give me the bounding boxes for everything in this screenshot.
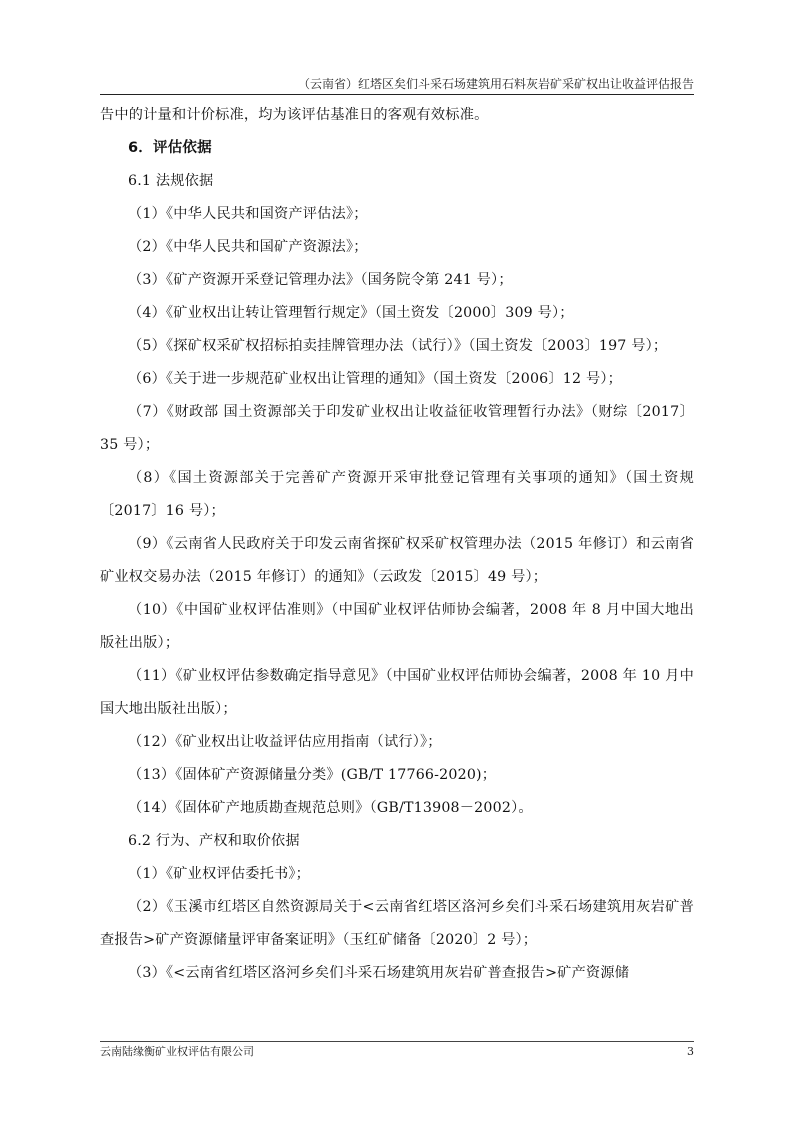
regulation-item: （7）《财政部 国土资源部关于印发矿业权出让收益征收管理暂行办法》（财综〔201…	[100, 396, 694, 462]
regulation-item: （12）《矿业权出让收益评估应用指南（试行）》；	[100, 726, 694, 759]
continuation-text: 告中的计量和计价标准，均为该评估基准日的客观有效标准。	[100, 99, 694, 132]
subsection-heading: 6.2 行为、产权和取价依据	[100, 825, 694, 858]
regulation-item: （4）《矿业权出让转让管理暂行规定》（国土资发〔2000〕309 号）；	[100, 297, 694, 330]
page-number: 3	[687, 1044, 694, 1060]
regulation-item: （8）《国土资源部关于完善矿产资源开采审批登记管理有关事项的通知》（国土资规〔2…	[100, 462, 694, 528]
regulation-item: （11）《矿业权评估参数确定指导意见》（中国矿业权评估师协会编著，2008 年 …	[100, 660, 694, 726]
page-footer: 云南陆缘衡矿业权评估有限公司 3	[100, 1041, 694, 1060]
basis-item: （2）《玉溪市红塔区自然资源局关于<云南省红塔区洛河乡矣们斗采石场建筑用灰岩矿普…	[100, 891, 694, 957]
basis-item: （1）《矿业权评估委托书》；	[100, 858, 694, 891]
regulation-item: （9）《云南省人民政府关于印发云南省探矿权采矿权管理办法（2015 年修订）和云…	[100, 528, 694, 594]
regulation-item: （2）《中华人民共和国矿产资源法》；	[100, 231, 694, 264]
company-name: 云南陆缘衡矿业权评估有限公司	[100, 1044, 254, 1060]
regulation-item: （5）《探矿权采矿权招标拍卖挂牌管理办法（试行）》（国土资发〔2003〕197 …	[100, 330, 694, 363]
regulation-item: （3）《矿产资源开采登记管理办法》（国务院令第 241 号）；	[100, 264, 694, 297]
subsection-heading: 6.1 法规依据	[100, 165, 694, 198]
basis-item: （3）《<云南省红塔区洛河乡矣们斗采石场建筑用灰岩矿普查报告>矿产资源储	[100, 957, 694, 990]
regulation-item: （14）《固体矿产地质勘查规范总则》（GB/T13908－2002）。	[100, 792, 694, 825]
regulation-item: （10）《中国矿业权评估准则》（中国矿业权评估师协会编著，2008 年 8 月中…	[100, 594, 694, 660]
regulation-item: （1）《中华人民共和国资产评估法》；	[100, 198, 694, 231]
section-heading: 6．评估依据	[100, 132, 694, 165]
page-header: （云南省）红塔区矣们斗采石场建筑用石料灰岩矿采矿权出让收益评估报告	[100, 76, 694, 95]
regulation-item: （6）《关于进一步规范矿业权出让管理的通知》（国土资发〔2006〕12 号）；	[100, 363, 694, 396]
regulation-item: （13）《固体矿产资源储量分类》(GB/T 17766-2020)；	[100, 759, 694, 792]
document-body: 告中的计量和计价标准，均为该评估基准日的客观有效标准。 6．评估依据 6.1 法…	[100, 99, 694, 990]
